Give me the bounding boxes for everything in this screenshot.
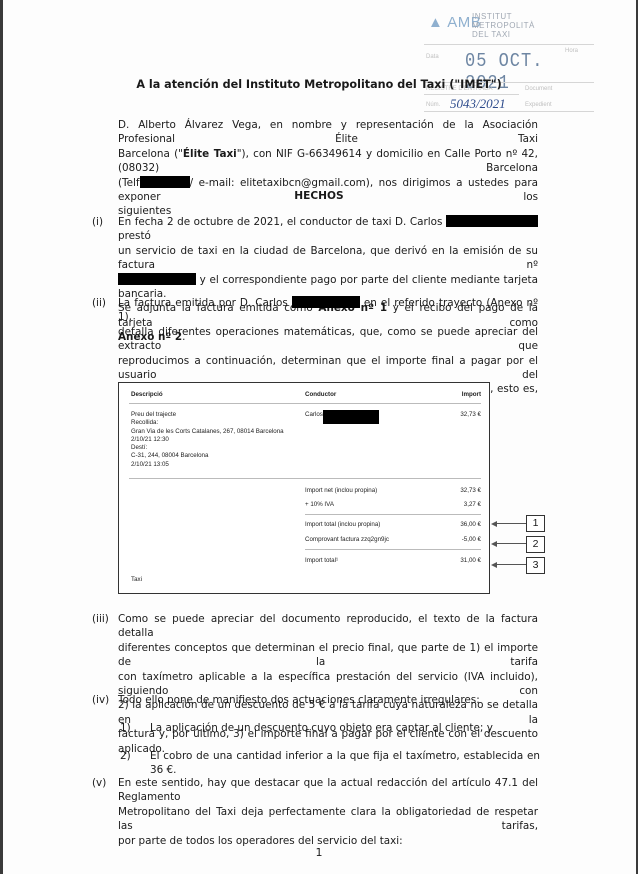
intro-paragraph: D. Alberto Álvarez Vega, en nombre y rep… [118, 118, 538, 219]
item-label: (i) [92, 216, 103, 228]
stamp-expedient-label: Expedient [525, 102, 552, 108]
invoice-row-value: 36,00 € [460, 521, 481, 528]
item-iv-text: Todo ello pone de manifiesto dos actuaci… [118, 693, 538, 707]
registry-stamp: ▲ AMB INSTITUT METROPOLITÀ DEL TAXI Data… [420, 8, 595, 113]
redacted-surname [292, 296, 360, 308]
invoice-row-value: 31,00 € [460, 557, 481, 564]
invoice-header-description: Descripció [131, 391, 163, 398]
invoice-row-value: 3,27 € [464, 501, 481, 508]
invoice-extract: Descripció Conductor Import Preu del tra… [118, 382, 490, 594]
subitem-label: 2) [120, 749, 131, 763]
marker-box: 1 [526, 515, 545, 532]
invoice-row-value: -5,00 € [462, 536, 481, 543]
document-title: A la atención del Instituto Metropolitan… [0, 78, 638, 91]
invoice-row-value: 32,73 € [460, 487, 481, 494]
arrow-line [496, 543, 526, 544]
redacted-surname [446, 215, 538, 227]
item-label: (iv) [92, 694, 109, 706]
arrow-line [496, 564, 526, 565]
arrow-icon [491, 521, 497, 527]
subitem-label: 1) [120, 721, 131, 735]
arrow-icon [491, 562, 497, 568]
invoice-driver: Carlos [305, 410, 379, 424]
invoice-header-driver: Conductor [305, 391, 336, 398]
invoice-trip-amount: 32,73 € [460, 411, 481, 418]
item-v-text: En este sentido, hay que destacar que la… [118, 776, 538, 848]
scan-edge-left [0, 0, 3, 874]
invoice-header-amount: Import [462, 391, 481, 398]
page-number: 1 [0, 846, 638, 859]
stamp-number-label: Núm. [426, 102, 440, 108]
arrow-line [496, 523, 526, 524]
arrow-icon [491, 541, 497, 547]
invoice-footer: Taxi [131, 576, 142, 583]
stamp-registry-number: 5043/2021 [450, 96, 506, 112]
subitem-text: La aplicación de un descuento cuyo objet… [150, 721, 540, 735]
item-label: (iii) [92, 613, 109, 625]
redacted-phone [140, 176, 190, 188]
stamp-institution: INSTITUT METROPOLITÀ DEL TAXI [472, 12, 535, 39]
invoice-row-label: Import total (inclou propina) [305, 521, 380, 528]
redacted-driver-surname [323, 410, 379, 424]
section-heading: HECHOS [0, 190, 638, 202]
stamp-date-label: Data [426, 54, 439, 60]
marker-box: 3 [526, 557, 545, 574]
invoice-trip-details: Preu del trajecte Recollida: Gran Via de… [131, 411, 284, 469]
invoice-row-label: + 10% IVA [305, 501, 334, 508]
item-label: (ii) [92, 297, 106, 309]
item-label: (v) [92, 777, 106, 789]
marker-box: 2 [526, 536, 545, 553]
subitem-text: El cobro de una cantidad inferior a la q… [150, 749, 540, 778]
invoice-row-label: Import total¹ [305, 557, 338, 564]
invoice-row-label: Comprovant factura zzq2gn9jc [305, 536, 389, 543]
redacted-invoice-number [118, 273, 196, 285]
invoice-row-label: Import net (inclou propina) [305, 487, 377, 494]
